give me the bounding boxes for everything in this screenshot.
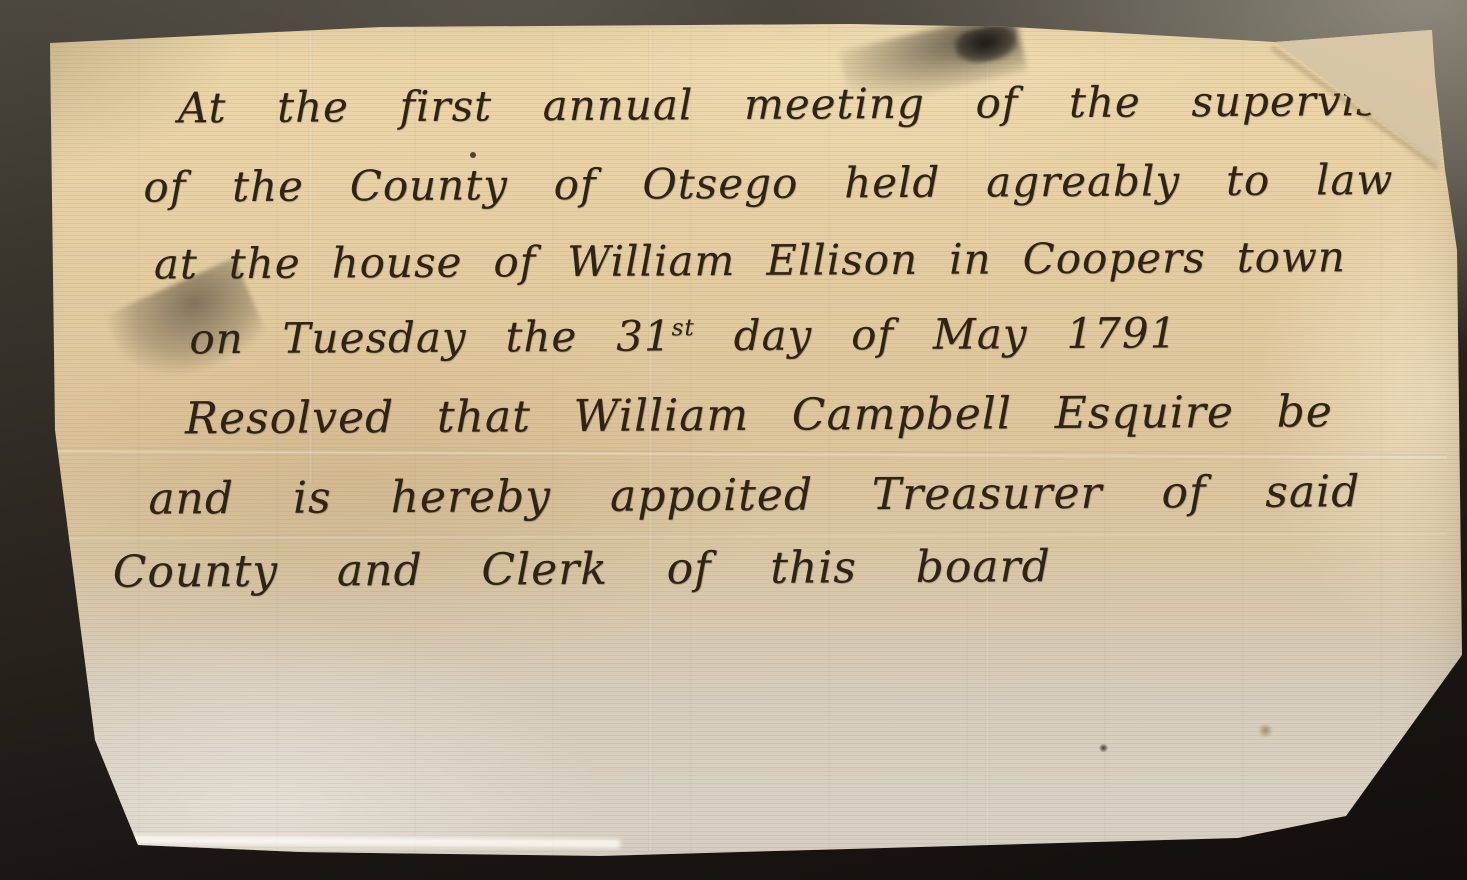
- manuscript-line-7: County and Clerk of this board: [113, 545, 1051, 595]
- manuscript-line-1: At the first annual meeting of the super…: [178, 80, 1426, 130]
- manuscript-line-4: on Tuesday the 31st day of May 1791: [189, 312, 1177, 360]
- manuscript-line-2: of the County of Otsego held agreably to…: [143, 159, 1393, 209]
- photo-background: At the first annual meeting of the super…: [0, 0, 1467, 880]
- manuscript-line-5: Resolved that William Campbell Esquire b…: [185, 390, 1333, 441]
- date-ordinal-superscript: st: [672, 315, 695, 341]
- manuscript-line-6: and is hereby appoited Treasurer of said: [148, 470, 1360, 521]
- date-line-suffix: day of May 1791: [695, 308, 1178, 360]
- manuscript-paper: At the first annual meeting of the super…: [0, 0, 1467, 880]
- manuscript-line-3: at the house of William Ellison in Coope…: [154, 236, 1346, 285]
- manuscript-text: At the first annual meeting of the super…: [0, 0, 1467, 880]
- date-line-prefix: on Tuesday the 31: [189, 311, 672, 363]
